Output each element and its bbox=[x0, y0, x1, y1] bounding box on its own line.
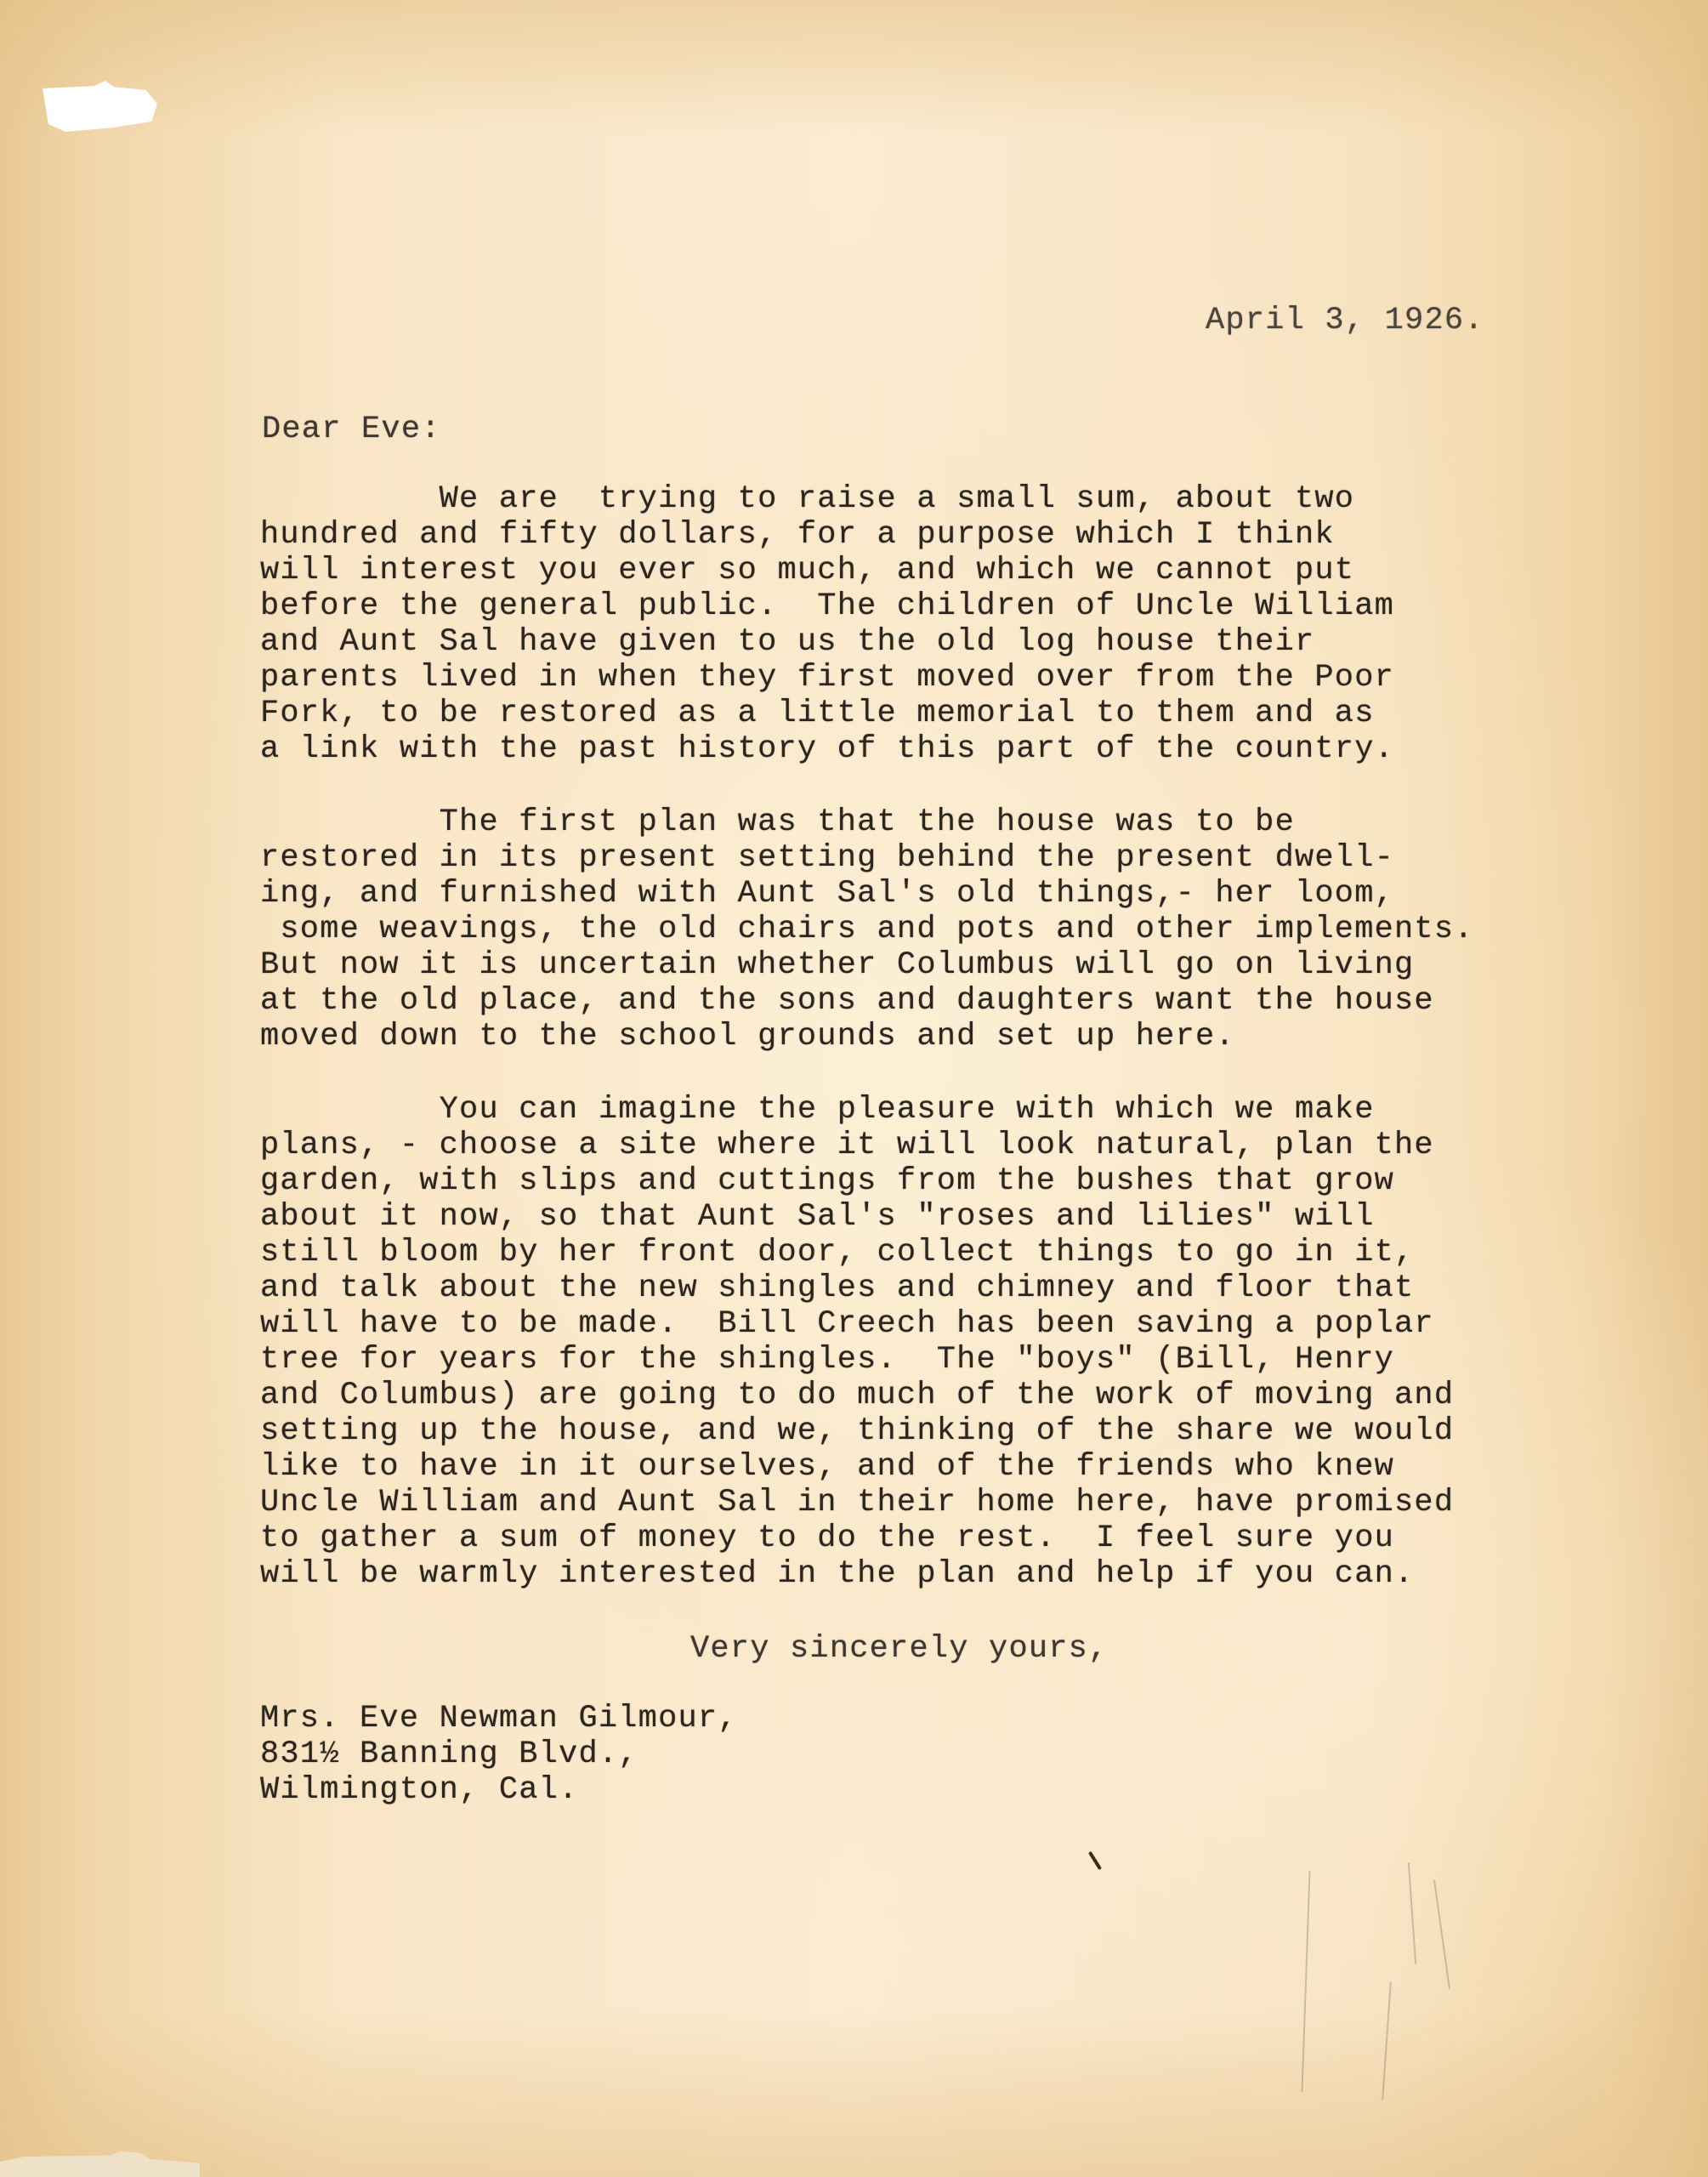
text-line: a link with the past history of this par… bbox=[260, 731, 1394, 767]
text-line: to gather a sum of money to do the rest.… bbox=[260, 1520, 1454, 1556]
text-line: setting up the house, and we, thinking o… bbox=[260, 1413, 1454, 1449]
text-line: We are trying to raise a small sum, abou… bbox=[260, 481, 1394, 517]
text-line: Uncle William and Aunt Sal in their home… bbox=[260, 1485, 1454, 1520]
text-line: restored in its present setting behind t… bbox=[260, 840, 1474, 876]
text-line: You can imagine the pleasure with which … bbox=[260, 1092, 1454, 1128]
paragraph-3: You can imagine the pleasure with which … bbox=[260, 1092, 1454, 1592]
closing: Very sincerely yours, bbox=[690, 1631, 1108, 1667]
address-line: 831½ Banning Blvd., bbox=[260, 1736, 738, 1772]
text-line: hundred and fifty dollars, for a purpose… bbox=[260, 517, 1394, 553]
text-line: ing, and furnished with Aunt Sal's old t… bbox=[260, 876, 1474, 912]
text-line: The first plan was that the house was to… bbox=[260, 804, 1474, 840]
text-line: about it now, so that Aunt Sal's "roses … bbox=[260, 1199, 1454, 1235]
salutation: Dear Eve: bbox=[262, 412, 441, 447]
paragraph-1: We are trying to raise a small sum, abou… bbox=[260, 481, 1394, 767]
paragraph-2: The first plan was that the house was to… bbox=[260, 804, 1474, 1054]
text-line: tree for years for the shingles. The "bo… bbox=[260, 1342, 1454, 1378]
text-line: still bloom by her front door, collect t… bbox=[260, 1235, 1454, 1270]
text-line: will be warmly interested in the plan an… bbox=[260, 1556, 1454, 1592]
text-line: But now it is uncertain whether Columbus… bbox=[260, 947, 1474, 983]
letter-date: April 3, 1926. bbox=[1206, 303, 1484, 338]
text-line: and talk about the new shingles and chim… bbox=[260, 1270, 1454, 1306]
recipient-address: Mrs. Eve Newman Gilmour, 831½ Banning Bl… bbox=[260, 1701, 738, 1808]
text-line: Fork, to be restored as a little memoria… bbox=[260, 696, 1394, 731]
text-line: plans, - choose a site where it will loo… bbox=[260, 1128, 1454, 1163]
text-line: moved down to the school grounds and set… bbox=[260, 1019, 1474, 1054]
text-line: some weavings, the old chairs and pots a… bbox=[260, 912, 1474, 947]
text-line: will interest you ever so much, and whic… bbox=[260, 553, 1394, 588]
text-line: at the old place, and the sons and daugh… bbox=[260, 983, 1474, 1019]
text-line: before the general public. The children … bbox=[260, 588, 1394, 624]
text-line: and Columbus) are going to do much of th… bbox=[260, 1378, 1454, 1413]
text-line: parents lived in when they first moved o… bbox=[260, 660, 1394, 696]
text-line: and Aunt Sal have given to us the old lo… bbox=[260, 624, 1394, 660]
address-line: Mrs. Eve Newman Gilmour, bbox=[260, 1701, 738, 1736]
text-line: will have to be made. Bill Creech has be… bbox=[260, 1306, 1454, 1342]
letter: April 3, 1926. Dear Eve: We are trying t… bbox=[0, 0, 1708, 2177]
text-line: like to have in it ourselves, and of the… bbox=[260, 1449, 1454, 1485]
address-line: Wilmington, Cal. bbox=[260, 1772, 738, 1808]
text-line: garden, with slips and cuttings from the… bbox=[260, 1163, 1454, 1199]
